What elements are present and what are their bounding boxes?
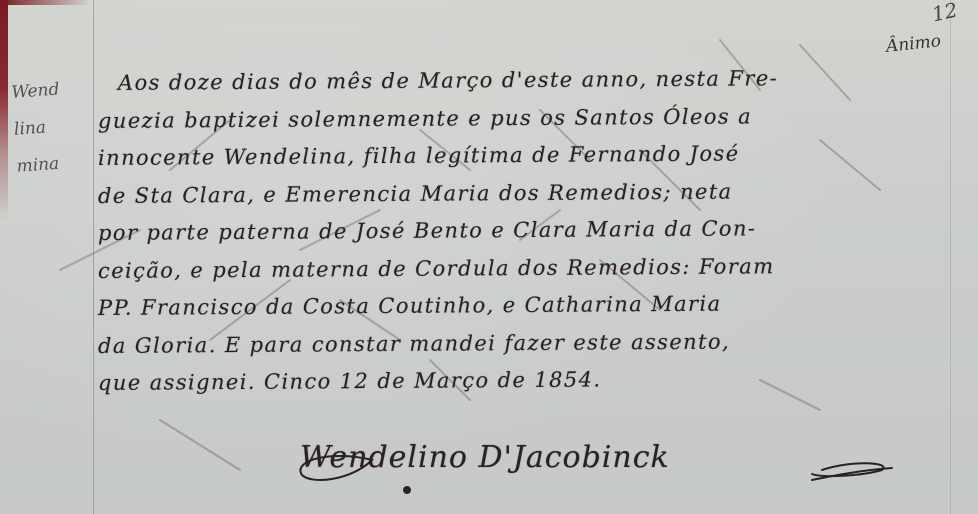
text-line: guezia baptizei solemnemente e pus os Sa… [98, 97, 948, 140]
right-rule [950, 0, 951, 514]
text-line: Aos doze dias do mês de Março d'este ann… [98, 59, 948, 102]
text-line: PP. Francisco da Costa Coutinho, e Catha… [98, 284, 948, 327]
text-line: da Gloria. E para constar mandei fazer e… [98, 322, 948, 365]
edge-stain-top [0, 0, 90, 5]
signature: Wendelino D'Jacobinck [300, 440, 670, 475]
margin-note-line: lina [13, 106, 95, 148]
record-text: Aos doze dias do mês de Março d'este ann… [98, 62, 948, 400]
page-number: 12 [930, 0, 960, 26]
edge-stain [0, 0, 8, 220]
margin-note-line: Wend [10, 69, 92, 111]
text-line: que assignei. Cinco 12 de Março de 1854. [98, 359, 948, 402]
margin-note-name: Wend lina mina [10, 69, 98, 185]
document-page: 12 Wend lina mina Ânimo Aos doze dias do… [0, 0, 978, 514]
text-line: ceição, e pela materna de Cordula dos Re… [98, 247, 948, 290]
margin-rule [93, 0, 94, 514]
text-line: innocente Wendelina, filha legítima de F… [98, 134, 948, 177]
text-line: por parte paterna de José Bento e Clara … [98, 209, 948, 252]
margin-note-line: mina [15, 143, 97, 185]
margin-note-right: Ânimo [885, 31, 942, 57]
text-line: de Sta Clara, e Emerencia Maria dos Reme… [98, 172, 948, 215]
